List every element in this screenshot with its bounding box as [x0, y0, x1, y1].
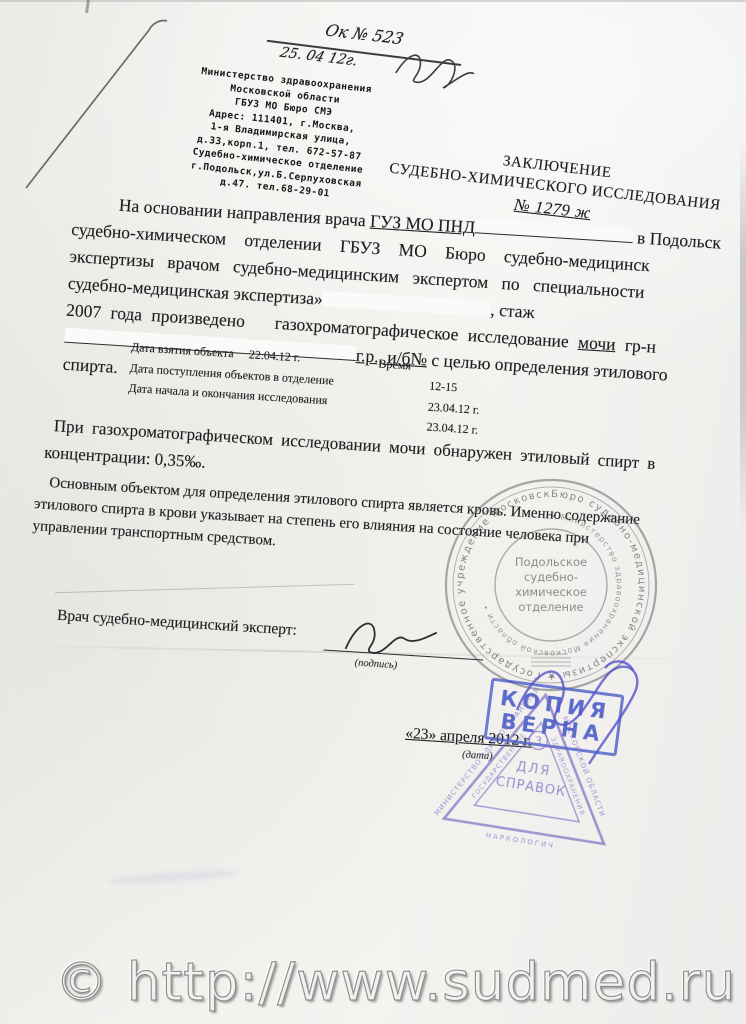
- redaction-box: [475, 218, 634, 243]
- p1-text: , стаж: [490, 299, 535, 322]
- expert-label: Врач судебно-медицинский эксперт:: [57, 606, 298, 638]
- watermark-url: © http://www.sudmed.ru: [55, 952, 746, 1013]
- date-taken-value: 22.04.12 г.: [248, 344, 301, 368]
- p1-text: гр-н: [615, 334, 657, 357]
- handwritten-date: 25. 04 12г.: [278, 45, 360, 70]
- scanned-document-page: { "handnote": { "line1": "Ок № 523", "li…: [0, 0, 746, 1024]
- time-label: Время: [378, 353, 412, 375]
- p1-urine-underlined: мочи: [578, 332, 617, 354]
- p1-referrer-underlined: ГУЗ МО ПНД: [369, 211, 475, 238]
- p2-concentration: концентрации: 0,35‰.: [44, 443, 207, 472]
- document-body: Ок № 523 25. 04 12г. Министерство здраво…: [2, 18, 744, 661]
- date-caption: (дата): [462, 749, 493, 762]
- redaction-box: [322, 291, 491, 316]
- handwritten-signature-icon: [389, 43, 482, 93]
- p1-text: спирта.: [62, 354, 118, 377]
- time-value: 12-15: [429, 376, 482, 400]
- p1-text: в Подольск: [632, 227, 721, 253]
- redaction-gap: [245, 327, 275, 329]
- signature-caption: (подпись): [354, 657, 397, 671]
